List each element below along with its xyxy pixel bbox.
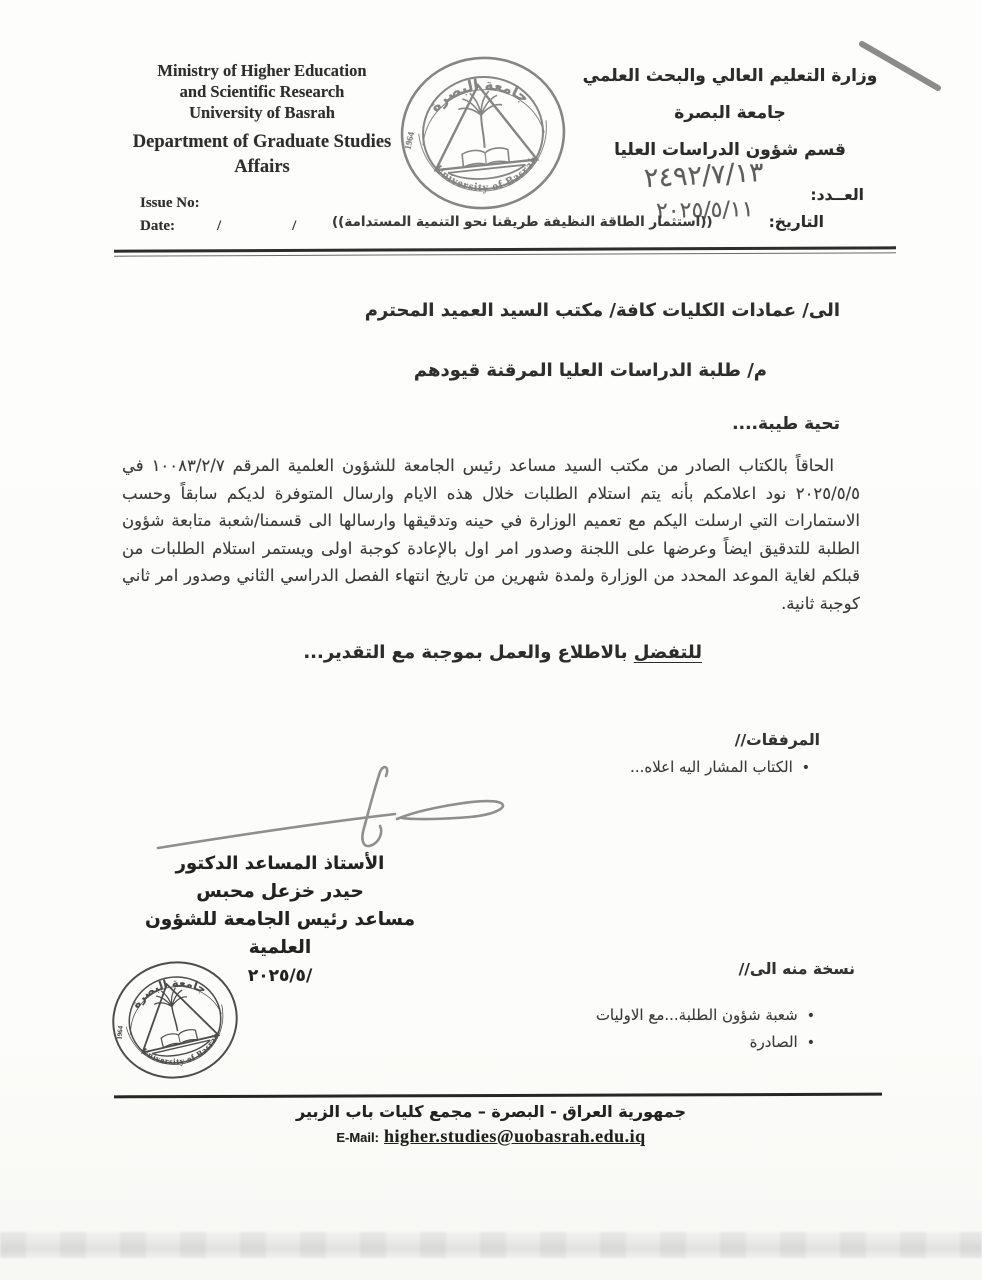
footer-divider-line [114,1093,882,1099]
addressee-line: الى/ عمادات الكليات كافة/ مكتب السيد الع… [365,300,840,321]
signer-title: الأستاذ المساعد الدكتور [112,850,448,878]
footer-address: جمهورية العراق - البصرة – مجمع كليات باب… [0,1102,982,1121]
date-label-ar: التاريخ: [769,213,824,231]
department-line-en: Affairs [112,155,412,180]
closing-underlined-word: للتفضل [634,642,702,663]
ministry-line-en: Ministry of Higher Education [112,60,412,81]
handwritten-number: ٢٤٩٢/٧/١٣ [644,157,765,194]
copy-to-item: شعبة شؤون الطلبة...مع الاوليات [596,1006,815,1024]
bullet-icon [798,1006,815,1024]
bullet-icon [793,758,810,776]
copy-to-label: نسخة منه الى// [739,960,855,978]
header-divider-line [114,246,896,256]
closing-rest: بالاطلاع والعمل بموجبة مع التقدير... [303,642,633,663]
letter-body-paragraph: الحاقاً بالكتاب الصادر من مكتب السيد مسا… [122,452,860,617]
university-slogan: ((استثمار الطاقة النظيفة طريقنا نحو التن… [332,214,713,230]
ministry-line-ar: وزارة التعليم العالي والبحث العلمي [570,58,890,95]
footer-email-line: E-Mail: higher.studies@uobasrah.edu.iq [0,1126,982,1147]
ministry-line-en: and Scientific Research [112,81,412,102]
email-label: E-Mail: [336,1130,379,1145]
signer-position: مساعد رئيس الجامعة للشؤون العلمية [112,906,448,962]
closing-line: للتفضل بالاطلاع والعمل بموجبة مع التقدير… [303,642,702,663]
email-link[interactable]: higher.studies@uobasrah.edu.iq [384,1126,646,1146]
issue-date-block: Issue No: Date:/ / [140,192,298,238]
department-line-en: Department of Graduate Studies [112,130,412,155]
university-line-en: University of Basrah [112,102,412,123]
scan-smudge-artifact [0,1232,982,1258]
greeting-line: تحية طيبة.... [732,414,840,434]
attachment-item: الكتاب المشار اليه اعلاه... [630,758,810,776]
university-line-ar: جامعة البصرة [570,95,890,132]
attachment-item-text: الكتاب المشار اليه اعلاه... [630,758,793,776]
subject-line: م/ طلبة الدراسات العليا المرقنة قيودهم [414,360,767,381]
university-seal-logo [390,47,575,220]
handwritten-signature [150,762,510,862]
attachments-label: المرفقات// [735,731,820,749]
date-blank-slashes: / / [217,218,298,234]
copy-to-item-text: شعبة شؤون الطلبة...مع الاوليات [596,1006,798,1024]
scanned-letter-page: جامعة البصرة University of Basrah 1964 M… [0,0,982,1280]
issue-no-label: Issue No: [140,192,298,215]
date-label-en: Date: [140,218,175,234]
number-label: العــدد: [810,186,864,204]
bullet-icon [798,1033,815,1051]
letterhead-arabic: وزارة التعليم العالي والبحث العلمي جامعة… [570,58,890,169]
copy-to-item: الصادرة [750,1033,815,1051]
signer-name: حيدر خزعل محبس [112,878,448,906]
copy-to-item-text: الصادرة [750,1033,798,1051]
letterhead-english: Ministry of Higher Education and Scienti… [112,60,412,180]
